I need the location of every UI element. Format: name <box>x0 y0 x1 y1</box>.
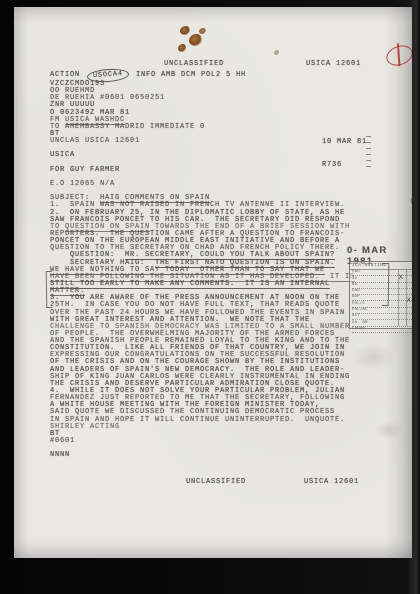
text-line: STILL TOO EARLY TO MAKE ANY COMMENTS. IT… <box>50 281 390 288</box>
route-code: USOCA4 <box>93 70 124 80</box>
doc-number-top: USICA 12601 <box>306 60 361 68</box>
text-line: AND THE SPANISH PEOPLE REMAINED LOYAL TO… <box>50 338 390 345</box>
text-line: VZCZCMDO193 <box>50 81 390 88</box>
text-line: QUESTION TO THE SECRETARY ON CHAD AND FR… <box>50 245 390 252</box>
text-line: DE RUEHIA #0601 0650251 <box>50 95 390 102</box>
text-line: #0601 <box>50 438 390 445</box>
text-line: HAVE BEEN FOLLOWING THE SITUATION AS IT … <box>50 274 390 281</box>
action-rest: INFO AMB DCM POL2 5 HH <box>131 71 246 79</box>
stain-mark <box>189 34 202 46</box>
scan-smudge <box>374 421 404 439</box>
routing-box-title: ICA ROUTING <box>350 262 412 270</box>
classification-bottom: UNCLASSIFIED <box>186 478 246 486</box>
margin-dash-marks <box>366 136 371 172</box>
text-line: E.O 12065 N/A <box>50 181 390 188</box>
scan-smudge <box>352 343 396 371</box>
text-line: FERNANDEZ JUST REPORTED TO ME THAT THE S… <box>50 395 390 402</box>
text-line <box>50 160 390 167</box>
red-slash-mark <box>397 43 400 66</box>
text-line: SHIRLEY ACTING <box>50 424 390 431</box>
stain-mark <box>199 28 206 34</box>
text-line <box>50 445 390 452</box>
text-line: 1. SPAIN WAS NOT RAISED IN FRENCH TV ANT… <box>50 202 390 209</box>
text-line: BT <box>50 431 390 438</box>
stain-mark <box>274 50 279 55</box>
classification-top: UNCLASSIFIED <box>164 60 224 68</box>
stain-mark <box>178 44 186 52</box>
routing-x-mark: X <box>399 273 403 281</box>
document-page: UNCLASSIFIED USICA 12601 ACTION USOCA4 I… <box>14 7 412 558</box>
handwritten-bracket-right <box>382 263 390 306</box>
margin-mark: C <box>411 151 412 162</box>
stain-mark <box>180 26 190 35</box>
text-line: UNCLAS USICA 12601 <box>50 138 390 145</box>
text-line: NNNN <box>50 452 390 459</box>
text-line: SHIP OF KING JUAN CARLOS WERE CLEARLY IN… <box>50 374 390 381</box>
text-line: MATTER. <box>50 288 390 295</box>
text-line: USICA <box>50 152 390 159</box>
text-line: FOR GUY FARMER <box>50 167 390 174</box>
action-prefix: ACTION <box>50 71 85 79</box>
text-line <box>50 145 390 152</box>
routing-row: CHRON <box>352 327 412 333</box>
margin-mark: C <box>409 197 412 208</box>
telegram-text: VZCZCMDO193OO RUEHMDDE RUEHIA #0601 0650… <box>50 81 390 459</box>
red-circle-annotation <box>384 42 412 69</box>
text-line: TO AMEMBASSY MADRID IMMEDIATE 0 <box>50 124 390 131</box>
text-line: OVER THE PAST 24 HOURS WE HAVE FOLLOWED … <box>50 310 390 317</box>
text-line: REPORTERS. THE QUESTION CAME AFTER A QUE… <box>50 231 390 238</box>
handwritten-bracket-left <box>46 271 53 308</box>
routing-x-mark: X <box>407 296 411 304</box>
routing-stamp-box: ICA ROUTING PAOIONOCAOAOPPOL/CPOL/MCACTC… <box>349 261 412 329</box>
text-line: EXPRESSING OUR CONGRATULATIONS ON THE SU… <box>50 352 390 359</box>
doc-number-bottom: USICA 12601 <box>304 478 359 486</box>
scan-background: UNCLASSIFIED USICA 12601 ACTION USOCA4 I… <box>0 0 420 594</box>
